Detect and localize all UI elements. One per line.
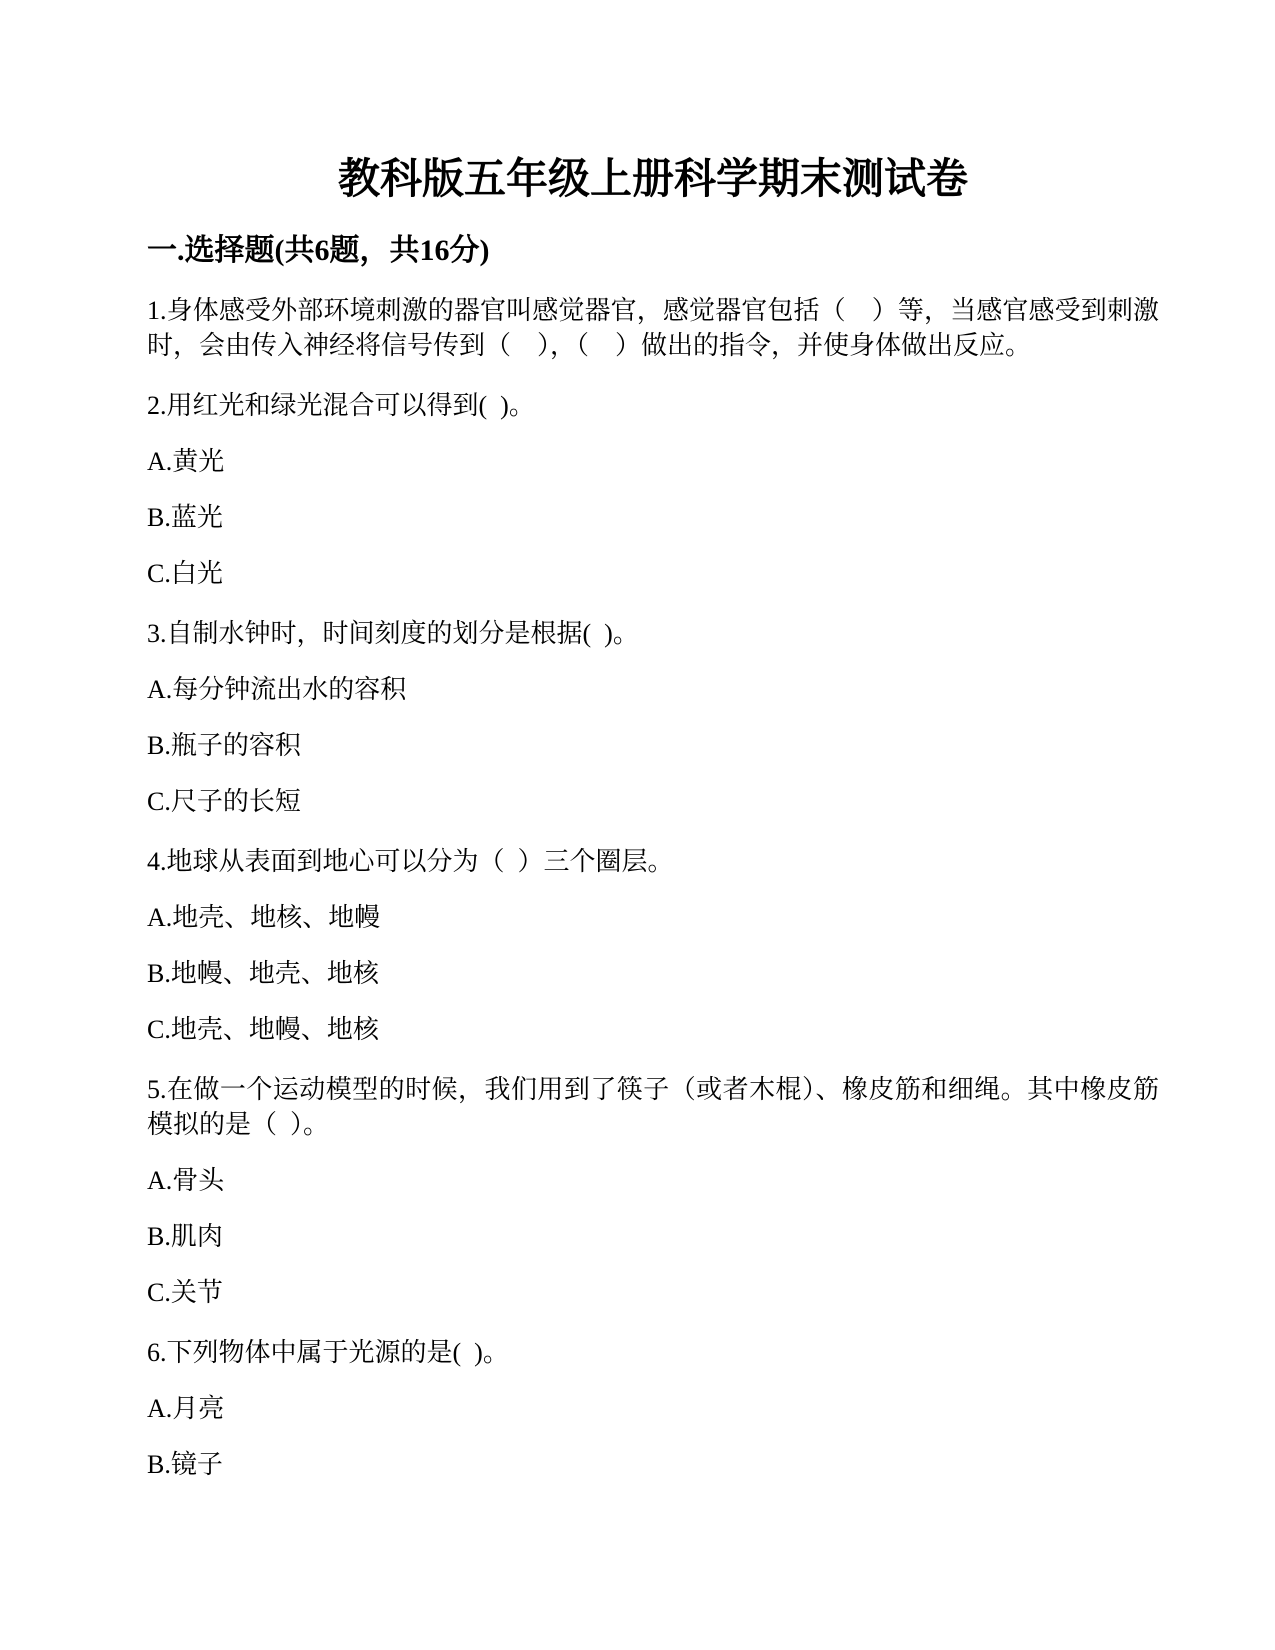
option-text: C.白光 [147,556,1159,591]
option-text: A.月亮 [147,1391,1159,1426]
option-text: B.肌肉 [147,1219,1159,1254]
option-text: A.每分钟流出水的容积 [147,672,1159,707]
option-text: B.瓶子的容积 [147,728,1159,763]
section-heading: 一.选择题(共6题，共16分) [147,233,1159,268]
option-text: A.黄光 [147,444,1159,479]
question-text: 1.身体感受外部环境刺激的器官叫感觉器官，感觉器官包括（ ）等，当感官感受到刺激… [147,293,1159,363]
document-page: 教科版五年级上册科学期末测试卷 一.选择题(共6题，共16分) 1.身体感受外部… [0,0,1275,1650]
option-text: B.地幔、地壳、地核 [147,956,1159,991]
question-text: 4.地球从表面到地心可以分为（ ）三个圈层。 [147,844,1159,879]
question-text: 2.用红光和绿光混合可以得到( )。 [147,388,1159,423]
option-text: A.地壳、地核、地幔 [147,900,1159,935]
option-text: B.镜子 [147,1447,1159,1482]
option-text: A.骨头 [147,1163,1159,1198]
page-title: 教科版五年级上册科学期末测试卷 [147,155,1159,205]
option-text: C.关节 [147,1275,1159,1310]
question-text: 5.在做一个运动模型的时候，我们用到了筷子（或者木棍）、橡皮筋和细绳。其中橡皮筋… [147,1072,1159,1142]
question-text: 6.下列物体中属于光源的是( )。 [147,1335,1159,1370]
option-text: C.尺子的长短 [147,784,1159,819]
questions-list: 1.身体感受外部环境刺激的器官叫感觉器官，感觉器官包括（ ）等，当感官感受到刺激… [147,293,1159,1482]
option-text: C.地壳、地幔、地核 [147,1012,1159,1047]
question-text: 3.自制水钟时，时间刻度的划分是根据( )。 [147,616,1159,651]
option-text: B.蓝光 [147,500,1159,535]
